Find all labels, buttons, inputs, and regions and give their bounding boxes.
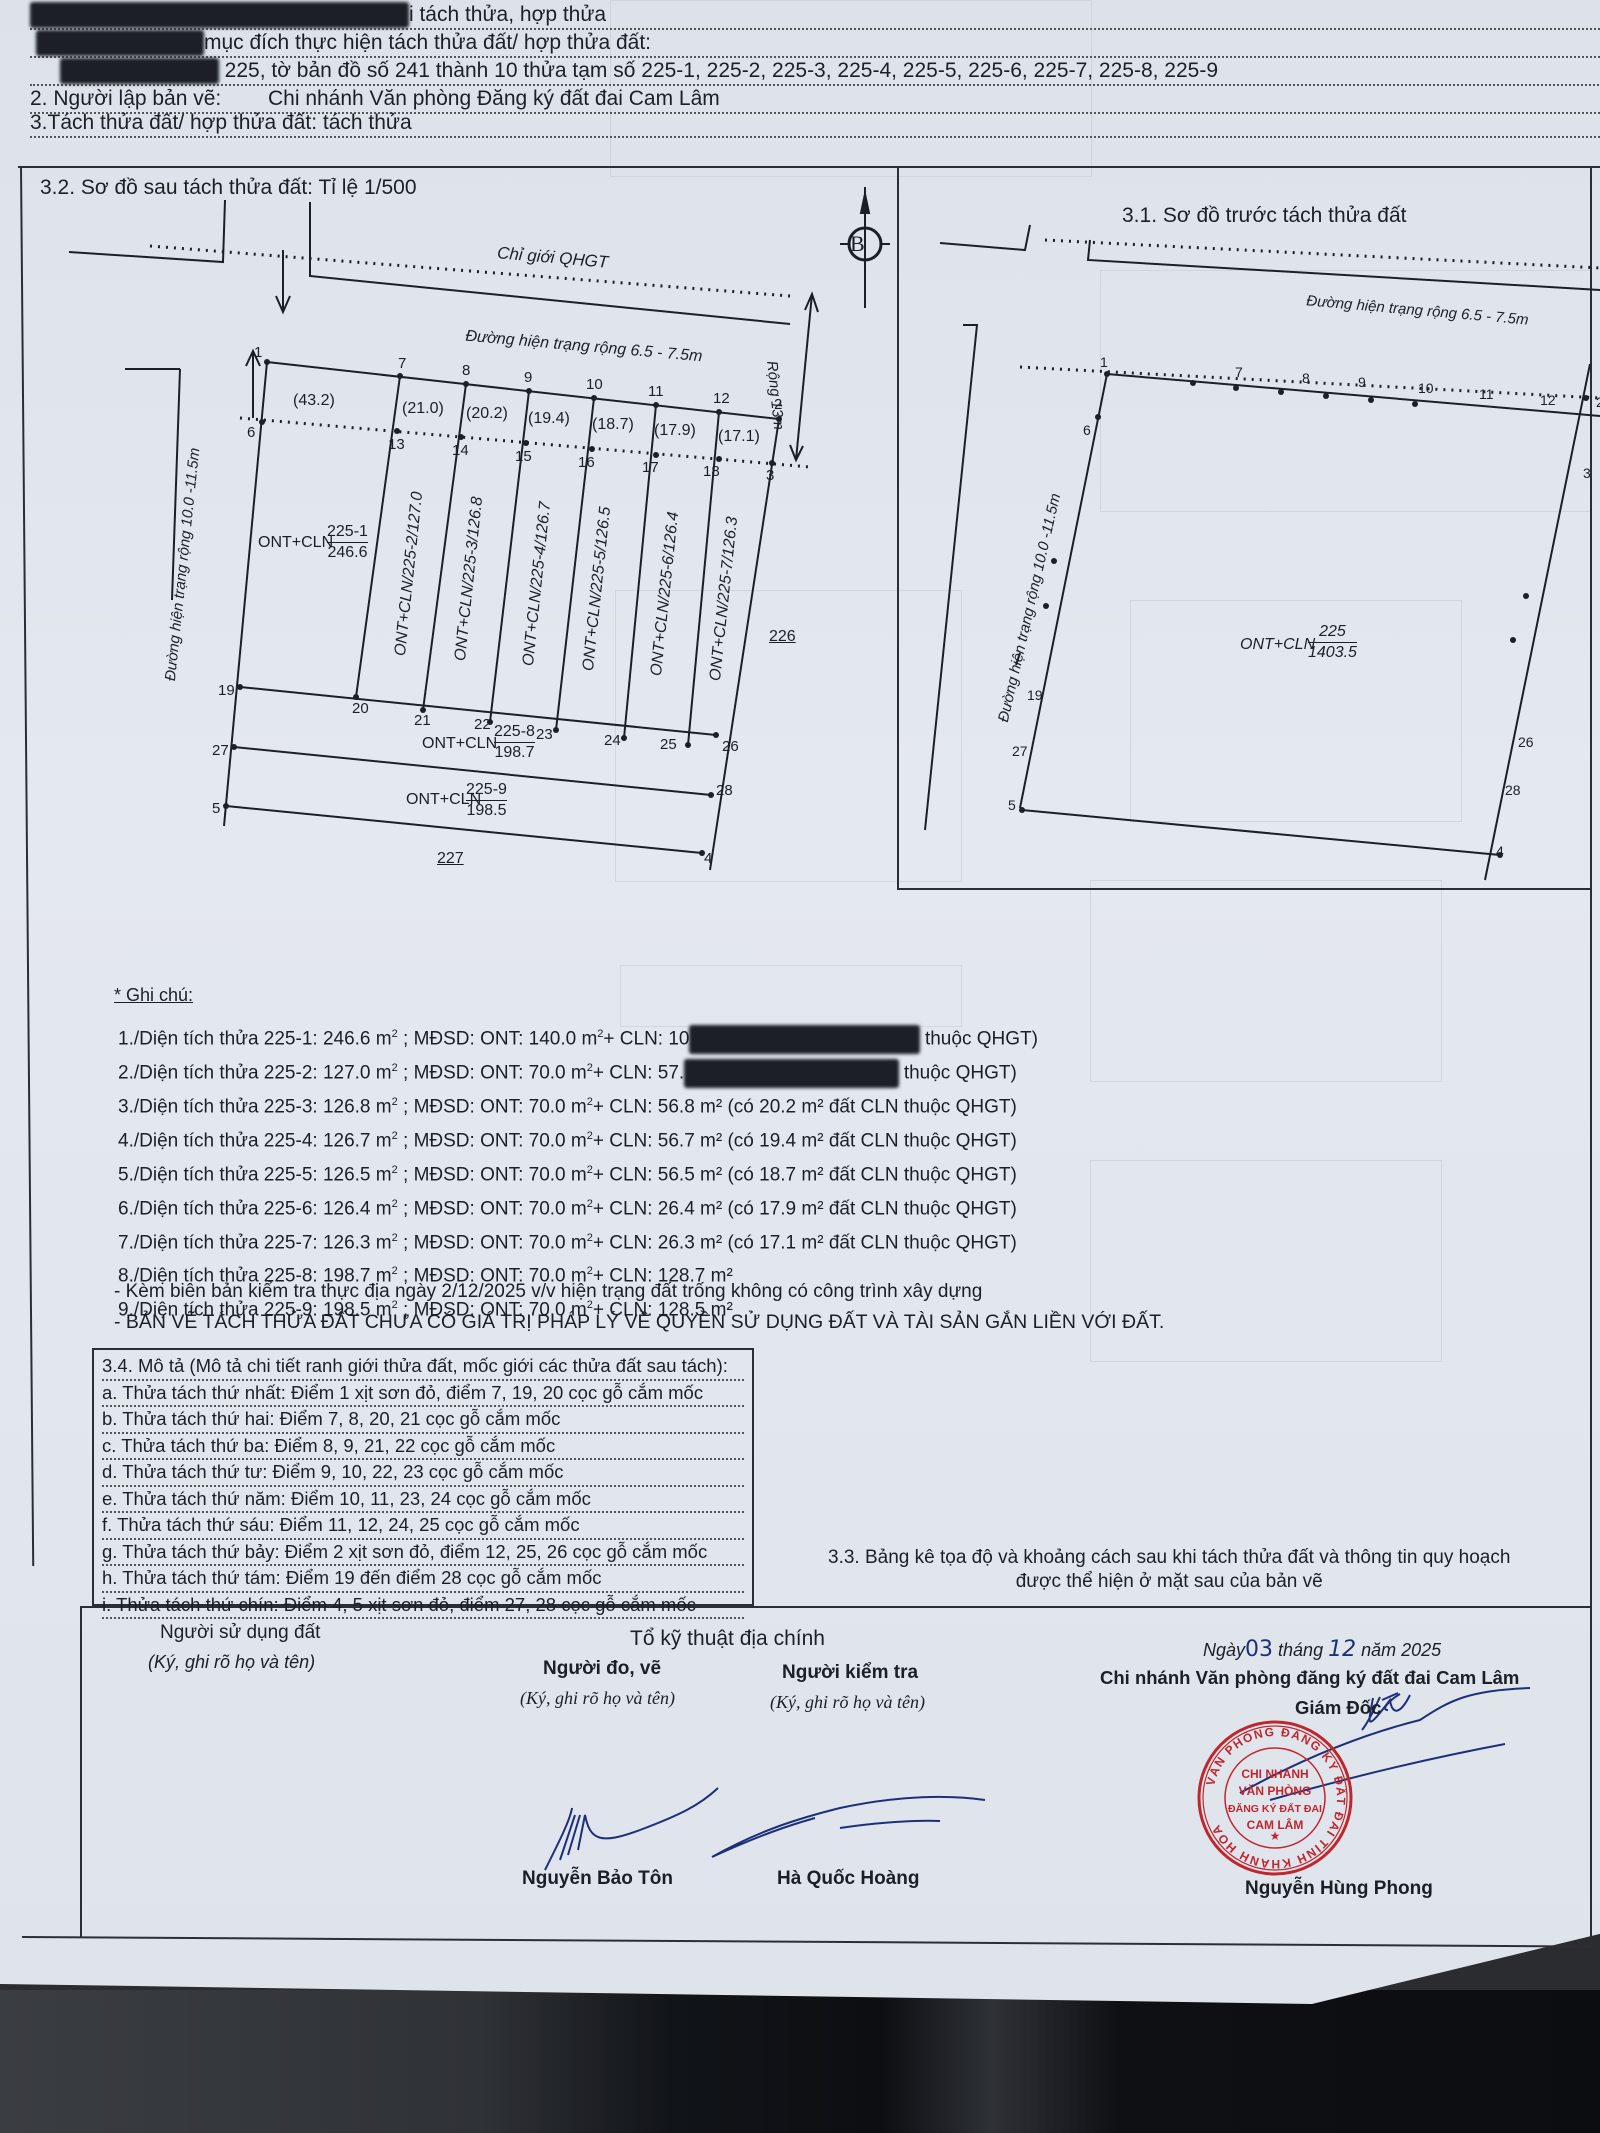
svg-text:CAM LÂM: CAM LÂM	[1247, 1817, 1304, 1832]
sign-date-month: 12	[1328, 1637, 1356, 1662]
svg-text:CHI NHÁNH: CHI NHÁNH	[1241, 1766, 1308, 1781]
sign-date-day: 03	[1245, 1637, 1273, 1662]
official-stamp: VĂN PHÒNG ĐĂNG KÝ ĐẤT ĐAI TỈNH KHÁNH HÒA…	[1195, 1718, 1355, 1878]
sign-date: Ngày03 tháng 12 năm 2025	[1203, 1637, 1441, 1662]
office-name: Chi nhánh Văn phòng đăng ký đất đai Cam …	[1100, 1667, 1519, 1689]
background-floor	[0, 1990, 1600, 2133]
surveyor-name: Nguyễn Bảo Tôn	[522, 1868, 673, 1890]
director-title: Giám Đốc	[1295, 1697, 1381, 1719]
svg-text:ĐĂNG KÝ ĐẤT ĐAI: ĐĂNG KÝ ĐẤT ĐAI	[1228, 1802, 1322, 1815]
checker-name: Hà Quốc Hoàng	[777, 1868, 920, 1890]
svg-text:VĂN PHÒNG: VĂN PHÒNG	[1239, 1783, 1312, 1798]
signature-strokes	[0, 0, 1600, 1960]
director-name: Nguyễn Hùng Phong	[1245, 1878, 1433, 1900]
